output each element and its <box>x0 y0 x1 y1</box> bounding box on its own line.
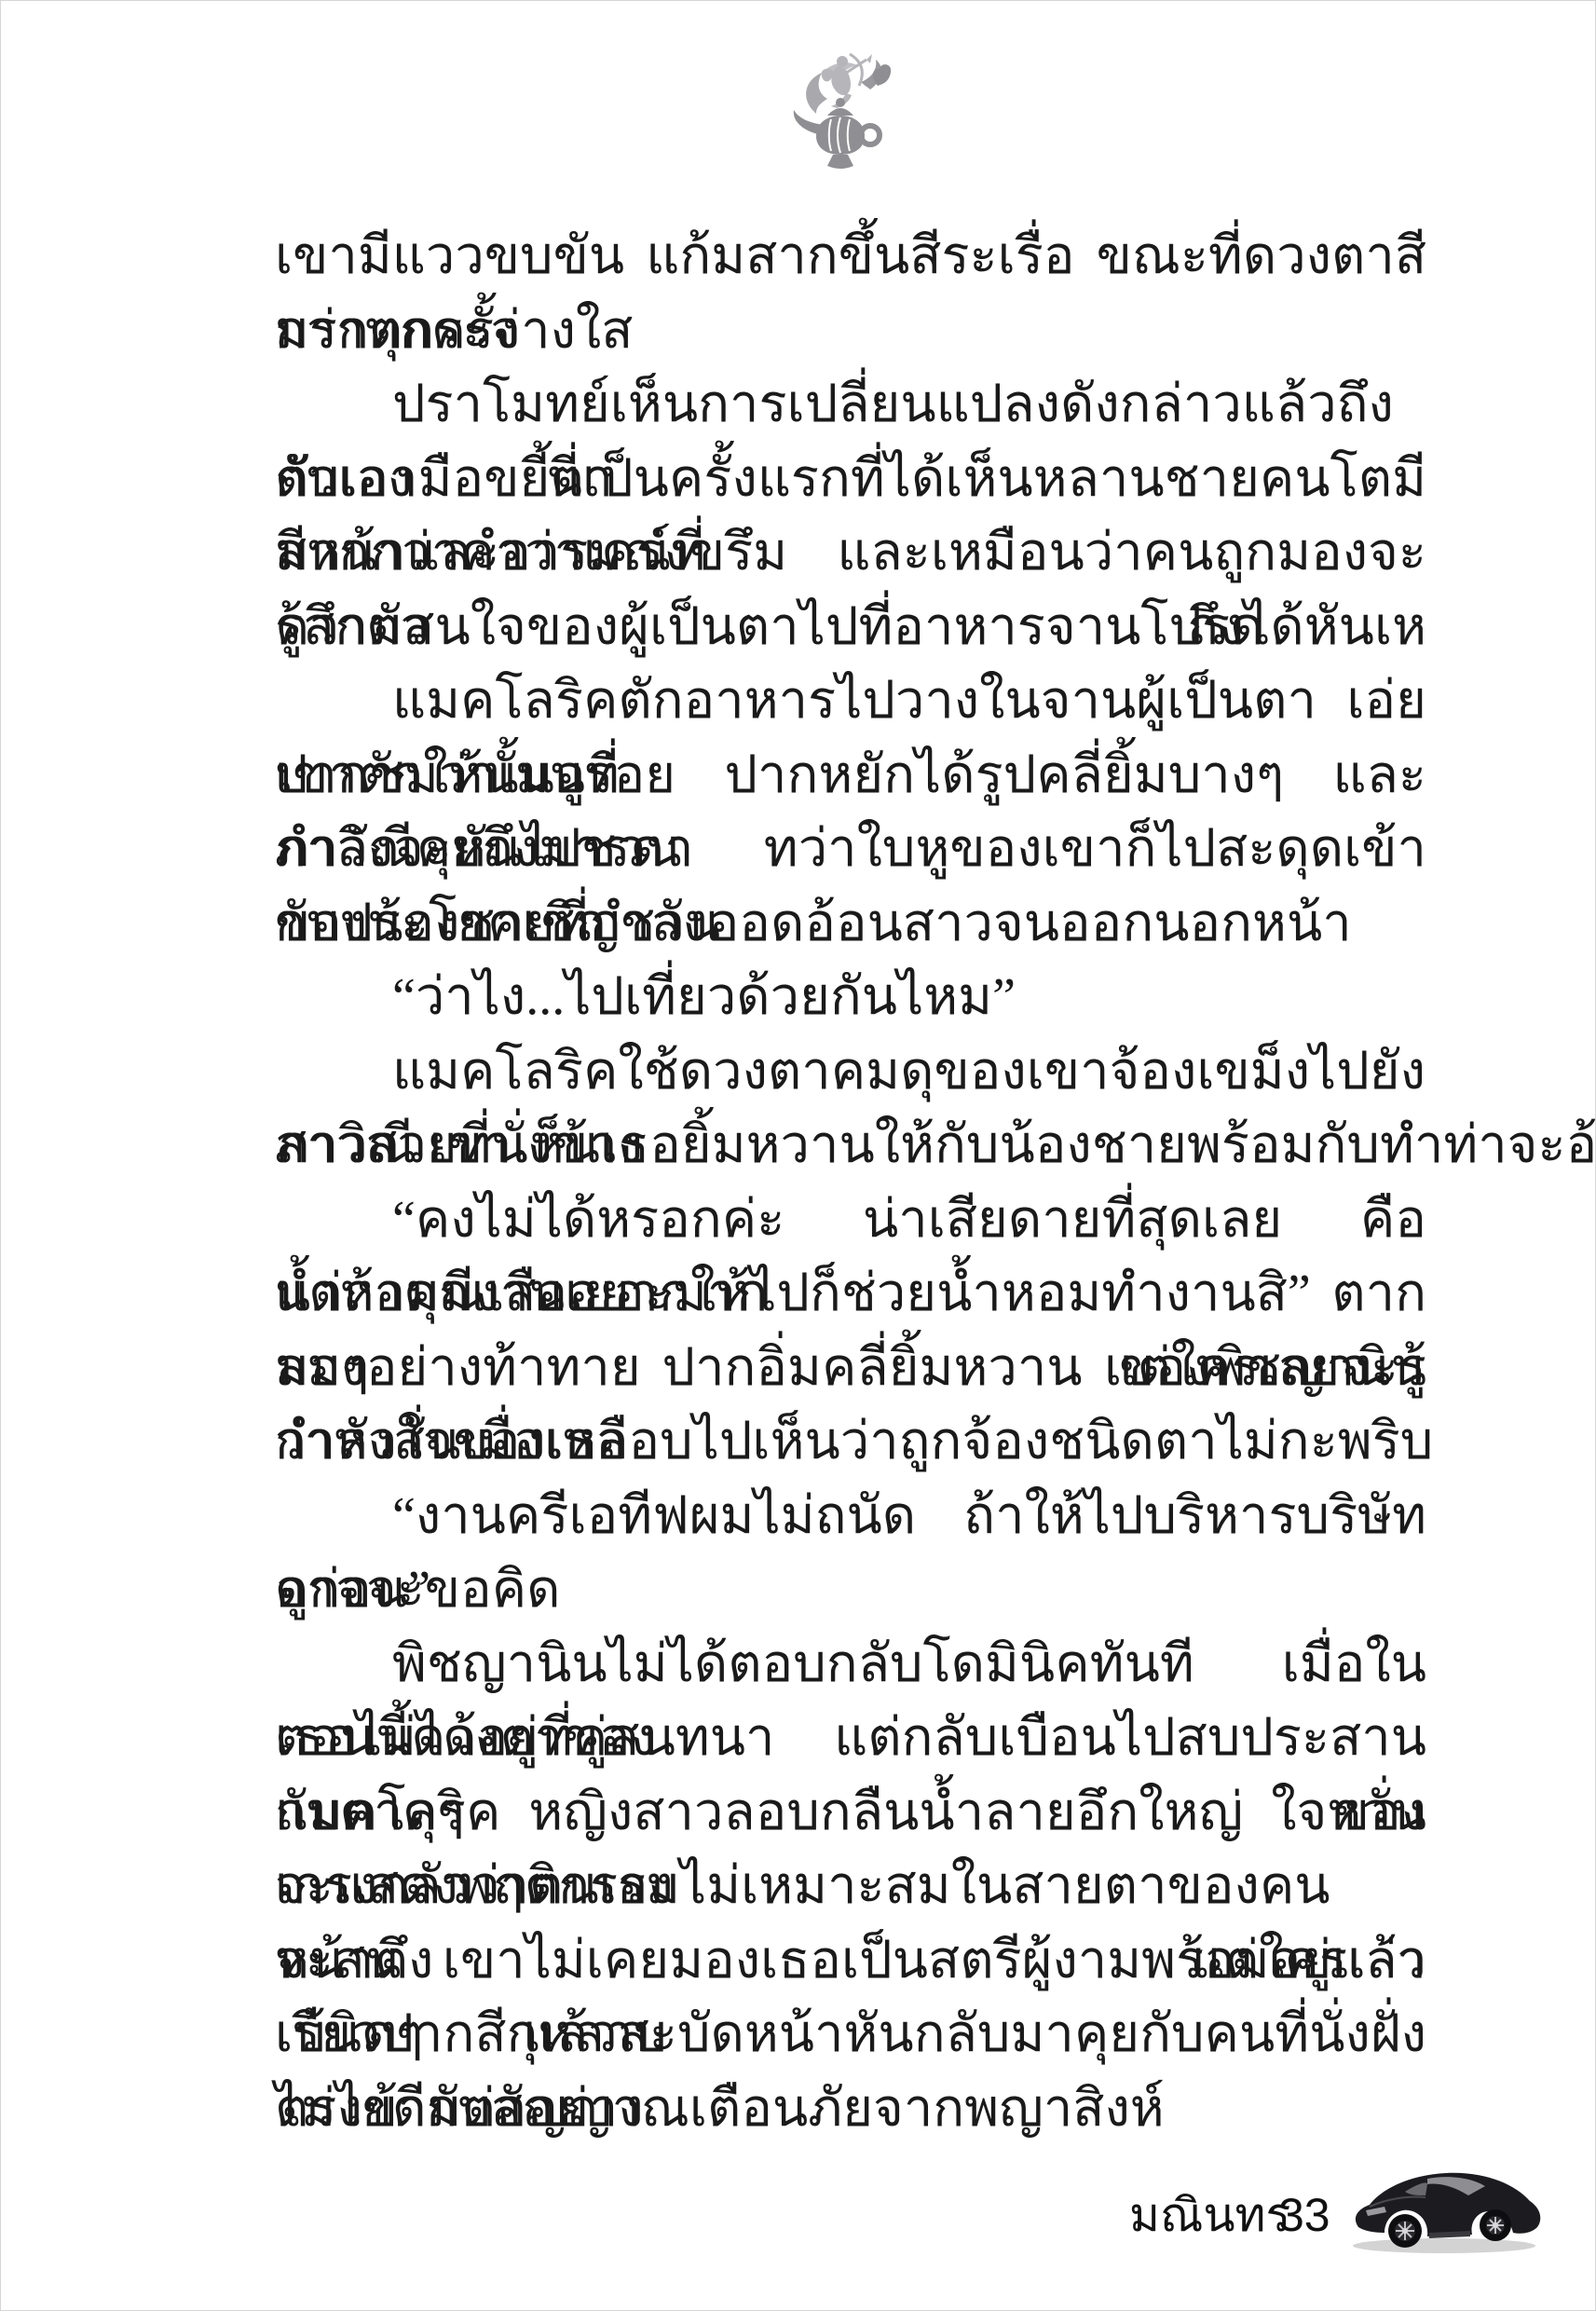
book-page: เขามีแววขบขัน แก้มสากขึ้นสีระเรื่อ ขณะที… <box>0 0 1596 2311</box>
text-line: แมคโลริค หญิงสาวลอบกลืนน้ำลายอึกใหญ่ ใจห… <box>275 1776 1426 1851</box>
text-line: กำลังสั่นเมื่อเหลือบไปเห็นว่าถูกจ้องชนิด… <box>275 1405 1426 1480</box>
text-line: เขามีแววขบขัน แก้มสากขึ้นสีระเรื่อ ขณะที… <box>275 220 1426 294</box>
text-line: “ว่าไง...ไปเที่ยวด้วยกันไหม” <box>275 961 1426 1035</box>
text-line: เบ้นิดๆ แล้วสะบัดหน้าหันกลับมาคุยกับคนที… <box>275 1998 1426 2072</box>
text-line: ตัวเอง นี่เป็นครั้งแรกที่ได้เห็นหลานชายค… <box>275 443 1426 517</box>
text-line: กว่าทุกครั้ง <box>275 294 1426 369</box>
text-line: เขาตักให้นั้นอร่อย ปากหยักได้รูปคลี่ยิ้ม… <box>275 739 1426 814</box>
text-line: จะแสดงพฤติกรรมไม่เหมาะสมในสายตาของคนหน้า… <box>275 1850 1426 1924</box>
footer-page-number: 33 <box>1278 2188 1330 2242</box>
text-line: เธอไม่ได้อยู่ที่คู่สนทนา แต่กลับเบือนไปส… <box>275 1702 1426 1776</box>
cupid-genie-lamp-ornament <box>781 48 900 177</box>
text-line: ภาวิณีคุยถึงมารดา ทว่าใบหูของเขาก็ไปสะดุ… <box>275 813 1426 887</box>
text-line: ภาวิณี เขาเห็นเธอยิ้มหวานให้กับน้องชายพร… <box>275 1109 1426 1183</box>
text-line: จะสน เขาไม่เคยมองเธอเป็นสตรีผู้งามพร้อมอ… <box>275 1924 1426 1999</box>
text-line: แต่ถ้าคุณเสืออยากให้ไปก็ช่วยน้ำหอมทำงานส… <box>275 1257 1426 1332</box>
text-line: “คงไม่ได้หรอกค่ะ น่าเสียดายที่สุดเลย คือ… <box>275 1183 1426 1258</box>
text-line: “งานครีเอทีฟผมไม่ถนัด ถ้าให้ไปบริหารบริษ… <box>275 1480 1426 1554</box>
text-line: พิชญานินไม่ได้ตอบกลับโดมินิคทันที เมื่อใ… <box>275 1628 1426 1702</box>
text-line: ความสนใจของผู้เป็นตาไปที่อาหารจานโปรด <box>275 591 1426 665</box>
text-line: ไม่ไยดีกับสัญญาณเตือนภัยจากพญาสิงห์ <box>275 2072 1426 2147</box>
text-line: ปราโมทย์เห็นการเปลี่ยนแปลงดังกล่าวแล้วถึ… <box>275 368 1426 443</box>
footer-book-title: มณินทร <box>1129 2188 1290 2242</box>
text-line: มองอย่างท้าทาย ปากอิ่มคลี่ยิ้มหวาน แต่ใค… <box>275 1332 1426 1406</box>
text-line: ของน้องชายที่กำลังออดอ้อนสาวจนออกนอกหน้า <box>275 887 1426 962</box>
sports-car-icon <box>1349 2154 1547 2259</box>
sports-car-image <box>1349 2154 1547 2259</box>
text-line: แมคโลริคตักอาหารไปวางในจานผู้เป็นตา เอ่ย… <box>275 664 1426 739</box>
text-line: มากกว่าคำว่าเคร่งขรึม และเหมือนว่าคนถูกม… <box>275 516 1426 591</box>
body-text: เขามีแววขบขัน แก้มสากขึ้นสีระเรื่อ ขณะที… <box>275 220 1426 2146</box>
cupid-lamp-icon <box>781 48 900 177</box>
text-line: แมคโลริคใช้ดวงตาคมดุของเขาจ้องเขม็งไปยัง… <box>275 1035 1426 1110</box>
